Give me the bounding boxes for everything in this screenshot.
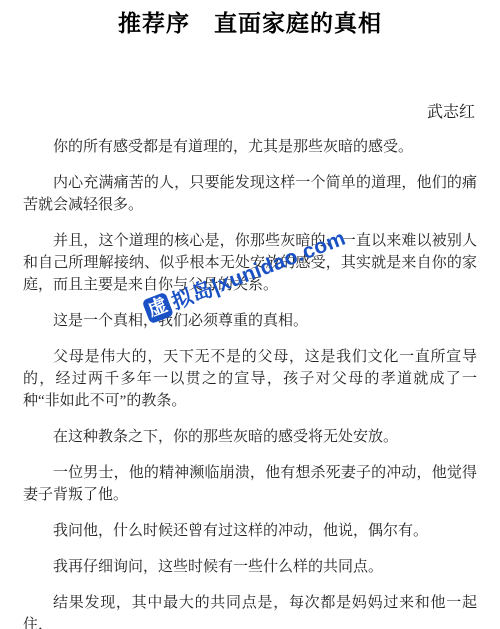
body-text: 你的所有感受都是有道理的，尤其是那些灰暗的感受。 内心充满痛苦的人，只要能发现这…	[0, 136, 500, 629]
paragraph: 在这种教条之下，你的那些灰暗的感受将无处安放。	[23, 426, 477, 448]
paragraph: 内心充满痛苦的人，只要能发现这样一个简单的道理，他们的痛苦就会减轻很多。	[23, 172, 477, 216]
paragraph: 我再仔细询问，这些时候有一些什么样的共同点。	[23, 556, 477, 578]
paragraph: 你的所有感受都是有道理的，尤其是那些灰暗的感受。	[23, 136, 477, 158]
paragraph: 父母是伟大的，天下无不是的父母，这是我们文化一直所宣导的，经过两千多年一以贯之的…	[23, 346, 477, 412]
paragraph: 我问他，什么时候还曾有过这样的冲动，他说，偶尔有。	[23, 520, 477, 542]
book-page: 推荐序 直面家庭的真相 武志红 你的所有感受都是有道理的，尤其是那些灰暗的感受。…	[0, 0, 500, 629]
paragraph: 一位男士，他的精神濒临崩溃，他有想杀死妻子的冲动，他觉得妻子背叛了他。	[23, 462, 477, 506]
paragraph: 结果发现，其中最大的共同点是，每次都是妈妈过来和他一起住，	[23, 592, 477, 629]
paragraph: 并且，这个道理的核心是，你那些灰暗的、一直以来难以被别人和自己所理解接纳、似乎根…	[23, 230, 477, 296]
page-title: 推荐序 直面家庭的真相	[0, 0, 500, 39]
paragraph: 这是一个真相，我们必须尊重的真相。	[23, 310, 477, 332]
author-name: 武志红	[0, 103, 500, 122]
